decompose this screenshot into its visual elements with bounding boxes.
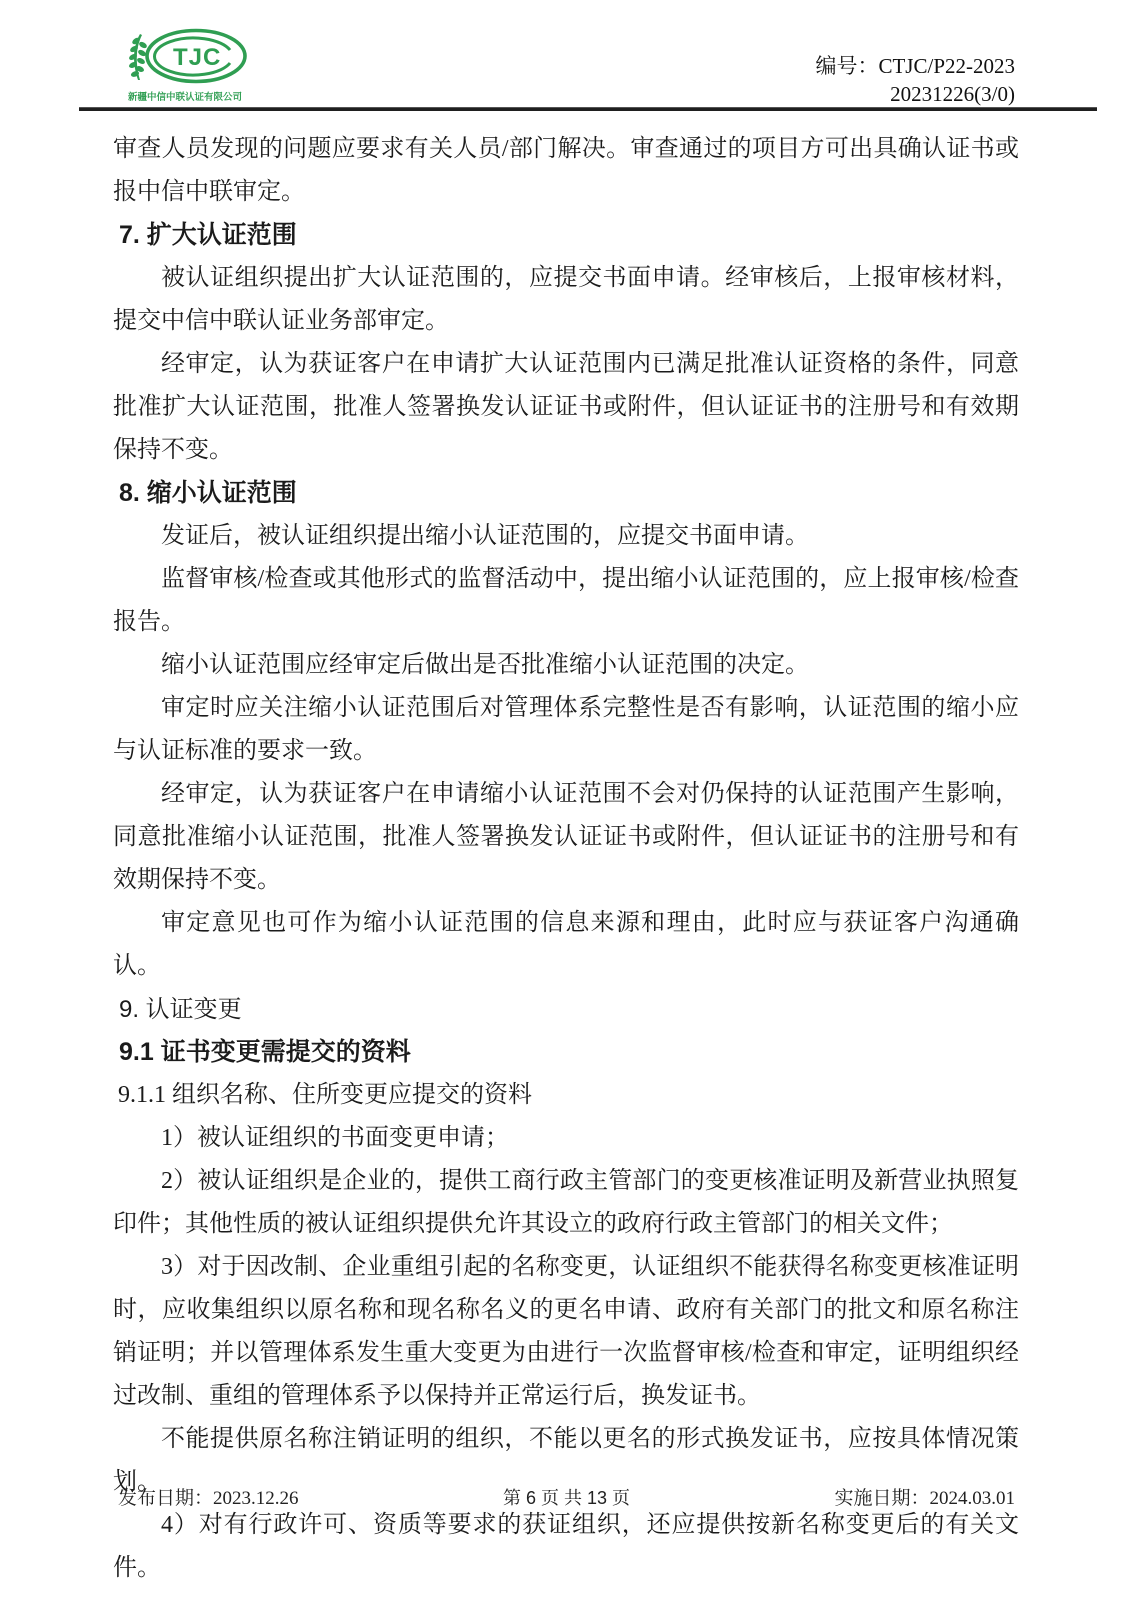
doc-version: 20231226(3/0) bbox=[815, 80, 1015, 108]
paragraph-continuation: 审查人员发现的问题应要求有关人员/部门解决。审查通过的项目方可出具确认证书或报中… bbox=[113, 128, 1019, 214]
paragraph: 经审定，认为获证客户在申请缩小认证范围不会对仍保持的认证范围产生影响，同意批准缩… bbox=[113, 773, 1019, 902]
section-heading-7: 7. 扩大认证范围 bbox=[113, 214, 1019, 257]
section-heading-9-1: 9.1 证书变更需提交的资料 bbox=[113, 1031, 1019, 1074]
page-number: 第 6 页 共 13 页 bbox=[503, 1484, 630, 1510]
paragraph: 发证后，被认证组织提出缩小认证范围的，应提交书面申请。 bbox=[113, 515, 1019, 558]
paragraph: 缩小认证范围应经审定后做出是否批准缩小认证范围的决定。 bbox=[113, 644, 1019, 687]
document-page: TJC 新疆中信中联认证有限公司 编号：CTJC/P22-2023 202312… bbox=[0, 0, 1131, 1600]
wheat-icon bbox=[128, 34, 148, 80]
paragraph: 审定意见也可作为缩小认证范围的信息来源和理由，此时应与获证客户沟通确认。 bbox=[113, 902, 1019, 988]
list-item-2: 2）被认证组织是企业的，提供工商行政主管部门的变更核准证明及新营业执照复印件；其… bbox=[113, 1160, 1019, 1246]
header-divider bbox=[79, 107, 1097, 111]
paragraph: 监督审核/检查或其他形式的监督活动中，提出缩小认证范围的，应上报审核/检查报告。 bbox=[113, 558, 1019, 644]
paragraph: 审定时应关注缩小认证范围后对管理体系完整性是否有影响，认证范围的缩小应与认证标准… bbox=[113, 687, 1019, 773]
doc-number-block: 编号：CTJC/P22-2023 20231226(3/0) bbox=[815, 52, 1015, 108]
section-heading-8: 8. 缩小认证范围 bbox=[113, 472, 1019, 515]
release-date: 发布日期：2023.12.26 bbox=[118, 1483, 299, 1510]
doc-number: 编号：CTJC/P22-2023 bbox=[815, 52, 1015, 80]
logo-letters: TJC bbox=[173, 44, 221, 71]
paragraph: 被认证组织提出扩大认证范围的，应提交书面申请。经审核后，上报审核材料，提交中信中… bbox=[113, 257, 1019, 343]
ctjc-logo-icon: TJC bbox=[126, 28, 248, 86]
list-item-4: 4）对有行政许可、资质等要求的获证组织，还应提供按新名称变更后的有关文件。 bbox=[113, 1504, 1019, 1590]
paragraph: 经审定，认为获证客户在申请扩大认证范围内已满足批准认证资格的条件，同意批准扩大认… bbox=[113, 343, 1019, 472]
section-heading-9-1-1: 9.1.1 组织名称、住所变更应提交的资料 bbox=[113, 1074, 1019, 1117]
implementation-date: 实施日期：2024.03.01 bbox=[834, 1483, 1015, 1510]
company-name: 新疆中信中联认证有限公司 bbox=[128, 89, 256, 103]
list-item-1: 1）被认证组织的书面变更申请； bbox=[113, 1117, 1019, 1160]
company-logo: TJC 新疆中信中联认证有限公司 bbox=[126, 28, 256, 103]
section-heading-9: 9. 认证变更 bbox=[113, 988, 1019, 1031]
document-body: 审查人员发现的问题应要求有关人员/部门解决。审查通过的项目方可出具确认证书或报中… bbox=[113, 128, 1019, 1590]
list-item-3: 3）对于因改制、企业重组引起的名称变更，认证组织不能获得名称变更核准证明时，应收… bbox=[113, 1246, 1019, 1418]
page-footer: 发布日期：2023.12.26 第 6 页 共 13 页 实施日期：2024.0… bbox=[118, 1483, 1015, 1510]
